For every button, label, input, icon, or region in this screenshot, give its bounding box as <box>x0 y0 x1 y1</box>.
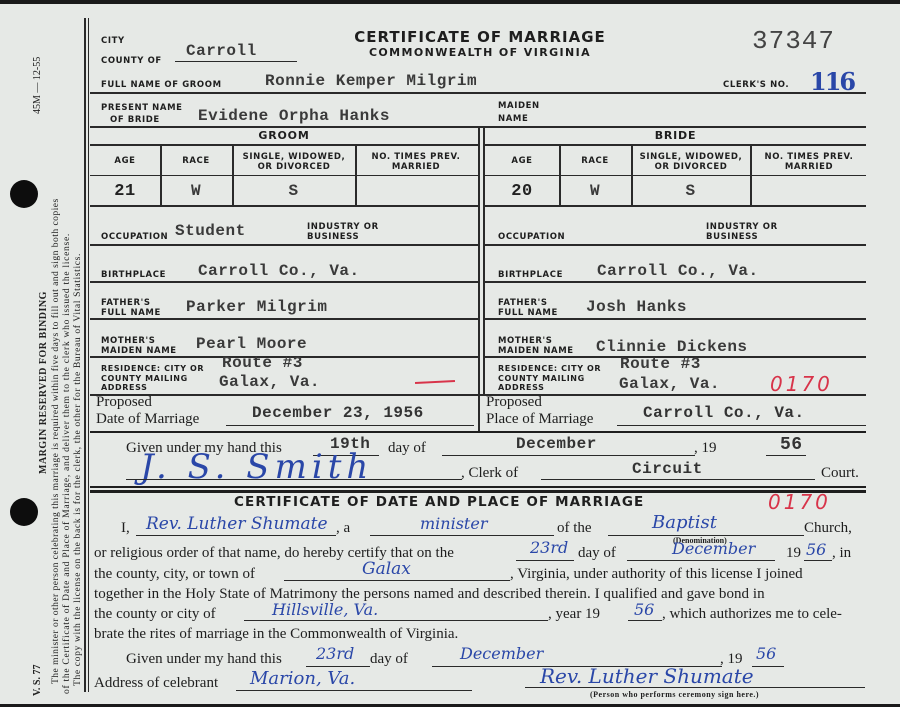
groom-birthplace-value: Carroll Co., Va. <box>198 262 360 280</box>
bride-residence-line2: Galax, Va. <box>619 375 720 393</box>
celebrant-address-label: Address of celebrant <box>94 675 218 692</box>
groom-col-times: NO. TIMES PREV. MARRIED <box>357 152 475 172</box>
cert-given-month: December <box>460 644 543 663</box>
proposed-rule <box>90 431 866 433</box>
groom-col-age: AGE <box>90 156 160 166</box>
cert-day-underline <box>516 560 574 561</box>
groom-residence-line1: Route #3 <box>222 354 303 372</box>
bride-birthplace-value: Carroll Co., Va. <box>597 262 759 280</box>
county-value: Carroll <box>186 42 257 60</box>
cert-day-of: day of <box>578 545 616 562</box>
bride-red-stamp: 0170 <box>770 372 833 396</box>
cert-month-underline <box>627 560 775 561</box>
proposed-place-label-2: Place of Marriage <box>486 411 593 427</box>
bride-father-rule <box>485 318 866 320</box>
proposed-place-value: Carroll Co., Va. <box>643 404 805 422</box>
officiant-underline <box>136 535 336 536</box>
groom-name-label: FULL NAME OF GROOM <box>101 80 222 90</box>
proposed-date-value: December 23, 1956 <box>252 404 424 422</box>
margin-border <box>84 18 86 692</box>
bride-race: W <box>559 182 631 200</box>
groom-father-rule <box>90 318 478 320</box>
celebrant-address-underline <box>236 690 472 691</box>
groom-occupation-value: Student <box>175 222 246 240</box>
bride-industry-label: INDUSTRY OR BUSINESS <box>706 222 796 242</box>
bride-col-age: AGE <box>485 156 559 166</box>
groom-birthplace-rule <box>90 281 478 283</box>
groom-father-value: Parker Milgrim <box>186 298 327 316</box>
bride-name-label-1: PRESENT NAME <box>101 103 183 113</box>
cert-month: December <box>672 539 755 558</box>
officiant-signature: Rev. Luther Shumate <box>540 664 754 688</box>
cert-line4-text: together in the Holy State of Matrimony … <box>94 586 765 603</box>
groom-occupation-label: OCCUPATION <box>101 232 168 242</box>
bride-father-label: FATHER'S FULL NAME <box>498 298 568 318</box>
groom-mother-value: Pearl Moore <box>196 335 307 353</box>
cert-given-day: 23rd <box>316 644 354 663</box>
denomination-value: Baptist <box>652 512 717 533</box>
cert-place-title: CERTIFICATE OF DATE AND PLACE OF MARRIAG… <box>234 494 644 510</box>
margin-instruction-2: of the Certificate of Date and Place of … <box>61 233 72 694</box>
groom-age: 21 <box>90 182 160 201</box>
cert-given-day-underline <box>306 666 370 667</box>
license-day-of: day of <box>388 440 426 457</box>
bride-residence-line1: Route #3 <box>620 355 701 373</box>
clerk-signature-underline <box>126 479 462 480</box>
proposed-date-label-1: Proposed <box>96 394 152 410</box>
center-divider <box>478 126 480 394</box>
cert-line5-text: the county or city of <box>94 606 216 623</box>
section-divider-bottom <box>90 490 866 493</box>
court-underline <box>541 479 815 480</box>
cert-line5-suffix: , which authorizes me to cele- <box>662 606 842 623</box>
officiant-title: minister <box>420 514 487 533</box>
groom-section-title: GROOM <box>90 129 478 142</box>
groom-birthplace-label: BIRTHPLACE <box>101 270 166 280</box>
bride-occupation-rule <box>485 244 866 246</box>
bride-birthplace-rule <box>485 281 866 283</box>
bride-name-value: Evidene Orpha Hanks <box>198 107 390 125</box>
groom-status: S <box>232 182 355 200</box>
cert-day: 23rd <box>530 538 568 557</box>
clerk-no-label: CLERK'S NO. <box>723 80 789 90</box>
maiden-name-label-2: NAME <box>498 114 528 124</box>
bride-age-rule <box>485 205 866 207</box>
bride-mother-label: MOTHER'S MAIDEN NAME <box>498 336 583 356</box>
groom-residence-label: RESIDENCE: CITY OR COUNTY MAILING ADDRES… <box>101 364 216 393</box>
court-label: Court. <box>821 465 859 482</box>
proposed-date-underline <box>226 425 474 426</box>
red-check-mark <box>415 380 455 384</box>
groom-col-status: SINGLE, WIDOWED, OR DIVORCED <box>234 152 354 172</box>
bond-city: Hillsville, Va. <box>272 600 378 619</box>
bride-col-times: NO. TIMES PREV. MARRIED <box>752 152 866 172</box>
cert-given-day-of: day of <box>370 651 408 668</box>
bond-city-underline <box>244 620 548 621</box>
county-underline <box>175 61 297 62</box>
groom-father-label: FATHER'S FULL NAME <box>101 298 171 318</box>
license-month: December <box>516 435 597 453</box>
cert-year: 56 <box>806 540 826 559</box>
bride-status: S <box>631 182 750 200</box>
cert-of-the: of the <box>557 520 592 537</box>
groom-mother-label: MOTHER'S MAIDEN NAME <box>101 336 186 356</box>
signature-caption: (Person who performs ceremony sign here.… <box>590 690 759 699</box>
cert-line3-text: the county, city, or town of <box>94 566 255 583</box>
license-year-prefix: , 19 <box>694 440 717 457</box>
license-month-underline <box>442 455 695 456</box>
cert-line3-suffix: , Virginia, under authority of this lice… <box>510 566 803 583</box>
city-label: CITY <box>101 36 125 46</box>
certificate-subtitle: COMMONWEALTH OF VIRGINIA <box>330 46 630 59</box>
proposed-place-underline <box>617 425 866 426</box>
groom-residence-line2: Galax, Va. <box>219 373 320 391</box>
cert-church-text: Church, <box>804 520 852 537</box>
cert-year-text: , year 19 <box>548 606 600 623</box>
cert-line6-text: brate the rites of marriage in the Commo… <box>94 626 458 643</box>
groom-col-race: RACE <box>160 156 232 166</box>
town-underline <box>284 580 510 581</box>
proposed-divider <box>478 394 480 432</box>
bride-occupation-label: OCCUPATION <box>498 232 565 242</box>
license-year: 56 <box>780 435 803 455</box>
groom-title-rule <box>90 144 478 146</box>
cert-year-underline <box>804 560 832 561</box>
groom-header-rule <box>90 175 478 176</box>
cert-given-year-underline <box>752 666 784 667</box>
groom-name-underline <box>90 92 866 94</box>
groom-race: W <box>160 182 232 200</box>
cert-red-stamp: 0170 <box>768 490 831 514</box>
officiant-title-underline <box>370 535 554 536</box>
certificate-title: CERTIFICATE OF MARRIAGE <box>330 28 630 46</box>
clerk-signature: J. S. Smith <box>140 447 373 487</box>
proposed-date-label-2: Date of Marriage <box>96 411 199 427</box>
cert-given-year: 56 <box>756 644 776 663</box>
marriage-town: Galax <box>362 559 411 579</box>
county-label: COUNTY OF <box>101 56 162 66</box>
marriage-certificate: 45M — 12-55 V. S. 77 MARGIN RESERVED FOR… <box>0 4 900 704</box>
bride-residence-label: RESIDENCE: CITY OR COUNTY MAILING ADDRES… <box>498 364 613 393</box>
groom-industry-label: INDUSTRY OR BUSINESS <box>307 222 397 242</box>
bond-year: 56 <box>634 600 654 619</box>
form-number: V. S. 77 <box>32 665 43 697</box>
bride-section-title: BRIDE <box>485 129 866 142</box>
margin-border-inner <box>88 18 89 692</box>
bond-year-underline <box>628 620 662 621</box>
center-divider-inner <box>483 126 485 394</box>
celebrant-address-value: Marion, Va. <box>250 668 355 689</box>
margin-reserved-title: MARGIN RESERVED FOR BINDING <box>38 291 49 474</box>
binding-hole-bottom <box>10 498 38 526</box>
form-code: 45M — 12-55 <box>32 57 43 114</box>
certificate-number: 37347 <box>752 26 835 56</box>
clerk-of-label: , Clerk of <box>461 465 518 482</box>
groom-occupation-rule <box>90 244 478 246</box>
bride-col-race: RACE <box>559 156 631 166</box>
margin-instruction-3: The copy with the license on the back is… <box>72 253 83 686</box>
bride-mother-value: Clinnie Dickens <box>596 338 748 356</box>
section-divider-top <box>90 486 866 488</box>
bride-name-label-2: OF BRIDE <box>110 115 160 125</box>
officiant-name: Rev. Luther Shumate <box>146 514 328 534</box>
bride-father-value: Josh Hanks <box>586 298 687 316</box>
license-year-underline <box>766 455 806 456</box>
bride-title-rule <box>485 144 866 146</box>
maiden-name-label-1: MAIDEN <box>498 101 540 111</box>
cert-in-text: , in <box>832 545 851 562</box>
cert-a-text: , a <box>336 520 350 537</box>
cert-i-text: I, <box>121 520 130 537</box>
bride-col-status: SINGLE, WIDOWED, OR DIVORCED <box>632 152 750 172</box>
margin-instruction-1: The minister or other person celebrating… <box>50 198 61 684</box>
court-value: Circuit <box>632 460 703 478</box>
bride-age: 20 <box>485 182 559 201</box>
binding-hole-top <box>10 180 38 208</box>
bride-header-rule <box>485 175 866 176</box>
officiant-signature-underline <box>525 687 865 688</box>
bride-birthplace-label: BIRTHPLACE <box>498 270 563 280</box>
groom-name-value: Ronnie Kemper Milgrim <box>265 72 477 90</box>
cert-year-prefix: 19 <box>786 545 801 562</box>
proposed-place-label-1: Proposed <box>486 394 542 410</box>
groom-age-rule <box>90 205 478 207</box>
cert-given-text: Given under my hand this <box>126 651 282 668</box>
